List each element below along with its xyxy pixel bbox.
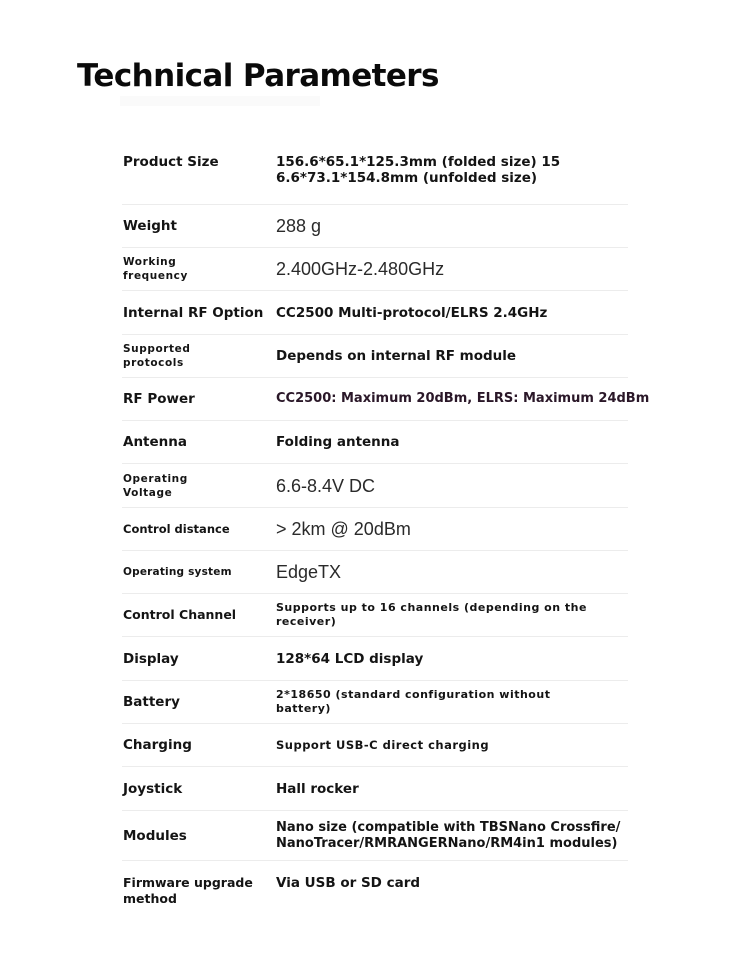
- spec-value: 2*18650 (standard configuration without …: [276, 688, 628, 716]
- spec-row-firmware-upgrade: Firmware upgrade method Via USB or SD ca…: [122, 861, 628, 917]
- title-underline-shadow: [120, 96, 320, 106]
- spec-row-antenna: Antenna Folding antenna: [122, 421, 628, 464]
- spec-value: CC2500 Multi-protocol/ELRS 2.4GHz: [276, 305, 628, 321]
- spec-row-supported-protocols: Supported protocols Depends on internal …: [122, 335, 628, 378]
- spec-label: RF Power: [122, 391, 276, 407]
- spec-value: 128*64 LCD display: [276, 651, 628, 667]
- spec-table: Product Size 156.6*65.1*125.3mm (folded …: [122, 140, 628, 917]
- spec-value: > 2km @ 20dBm: [276, 518, 628, 540]
- spec-label: Display: [122, 651, 276, 667]
- spec-value: Hall rocker: [276, 781, 628, 797]
- spec-label: Joystick: [122, 781, 276, 797]
- spec-row-modules: Modules Nano size (compatible with TBSNa…: [122, 811, 628, 861]
- spec-value: Nano size (compatible with TBSNano Cross…: [276, 820, 628, 852]
- spec-label: Charging: [122, 737, 276, 753]
- spec-value: 156.6*65.1*125.3mm (folded size) 15 6.6*…: [276, 154, 628, 186]
- spec-row-operating-system: Operating system EdgeTX: [122, 551, 628, 594]
- spec-row-weight: Weight 288 g: [122, 205, 628, 248]
- spec-value: 288 g: [276, 215, 628, 237]
- spec-label: Antenna: [122, 434, 276, 450]
- spec-value: Depends on internal RF module: [276, 348, 628, 364]
- spec-value: Supports up to 16 channels (depending on…: [276, 601, 628, 629]
- spec-label: Weight: [122, 218, 276, 234]
- spec-value: EdgeTX: [276, 561, 628, 583]
- spec-label: Control Channel: [122, 608, 276, 622]
- spec-value: 2.400GHz-2.480GHz: [276, 258, 628, 280]
- spec-label: Battery: [122, 694, 276, 710]
- spec-row-rf-power: RF Power CC2500: Maximum 20dBm, ELRS: Ma…: [122, 378, 628, 421]
- spec-value: Via USB or SD card: [276, 875, 628, 891]
- spec-label: Operating Voltage: [122, 472, 276, 500]
- spec-row-product-size: Product Size 156.6*65.1*125.3mm (folded …: [122, 140, 628, 205]
- spec-label: Working frequency: [122, 255, 276, 283]
- spec-label: Control distance: [122, 522, 276, 536]
- spec-value: Folding antenna: [276, 434, 628, 450]
- spec-label: Modules: [122, 828, 276, 844]
- spec-value: CC2500: Maximum 20dBm, ELRS: Maximum 24d…: [276, 391, 649, 407]
- spec-label: Product Size: [122, 154, 276, 170]
- spec-row-joystick: Joystick Hall rocker: [122, 767, 628, 811]
- spec-row-control-distance: Control distance > 2km @ 20dBm: [122, 508, 628, 551]
- spec-row-battery: Battery 2*18650 (standard configuration …: [122, 681, 628, 724]
- spec-value: Support USB-C direct charging: [276, 738, 628, 752]
- spec-row-working-frequency: Working frequency 2.400GHz-2.480GHz: [122, 248, 628, 291]
- spec-label: Supported protocols: [122, 342, 276, 370]
- spec-value: 6.6-8.4V DC: [276, 475, 628, 497]
- page-title: Technical Parameters: [77, 52, 439, 100]
- spec-label: Operating system: [122, 565, 276, 579]
- spec-row-operating-voltage: Operating Voltage 6.6-8.4V DC: [122, 464, 628, 508]
- spec-row-internal-rf-option: Internal RF Option CC2500 Multi-protocol…: [122, 291, 628, 335]
- spec-row-charging: Charging Support USB-C direct charging: [122, 724, 628, 767]
- spec-label: Internal RF Option: [122, 305, 276, 321]
- spec-row-control-channel: Control Channel Supports up to 16 channe…: [122, 594, 628, 637]
- spec-row-display: Display 128*64 LCD display: [122, 637, 628, 681]
- spec-label: Firmware upgrade method: [122, 875, 276, 907]
